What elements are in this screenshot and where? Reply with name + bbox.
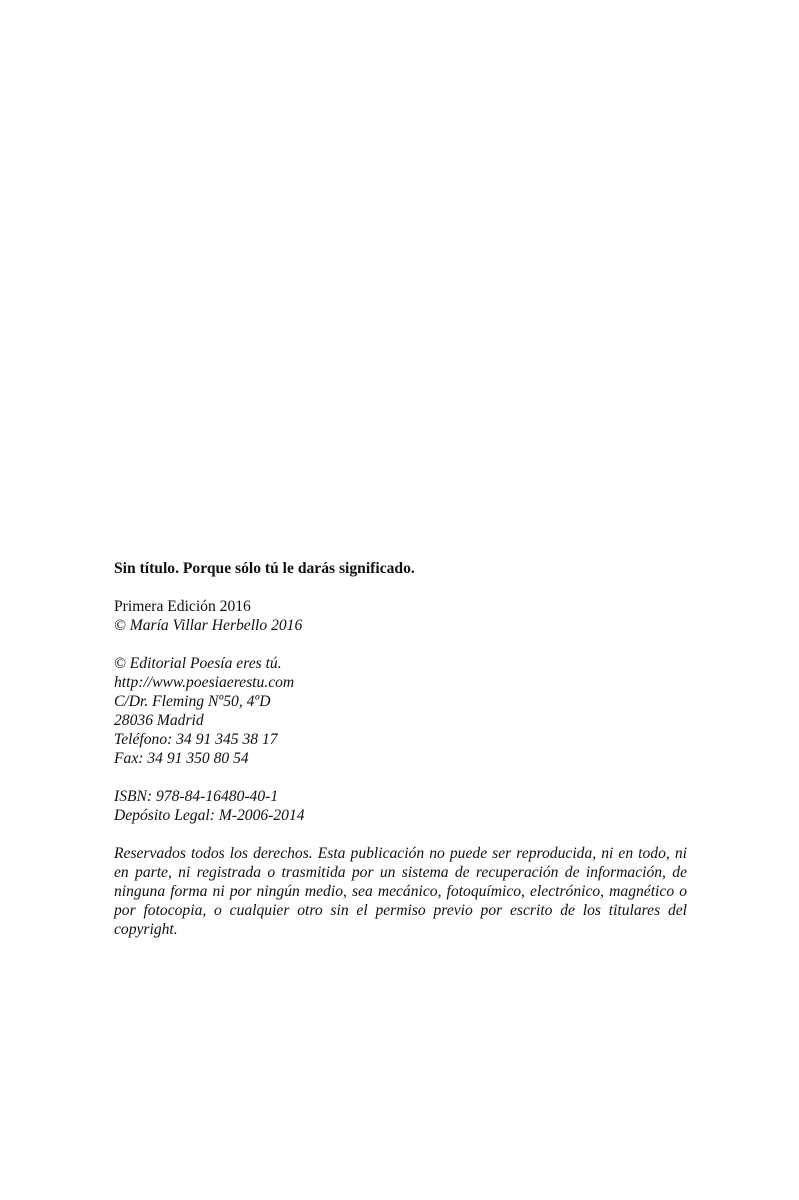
rights-notice: Reservados todos los derechos. Esta publ… bbox=[114, 844, 687, 939]
publisher-block: © Editorial Poesía eres tú. http://www.p… bbox=[114, 654, 687, 768]
publisher-copyright: © Editorial Poesía eres tú. bbox=[114, 654, 687, 673]
publisher-address: C/Dr. Fleming Nº50, 4ºD bbox=[114, 692, 687, 711]
legal-deposit: Depósito Legal: M-2006-2014 bbox=[114, 806, 687, 825]
first-edition: Primera Edición 2016 bbox=[114, 597, 687, 616]
publisher-website: http://www.poesiaerestu.com bbox=[114, 673, 687, 692]
copyright-page: Sin título. Porque sólo tú le darás sign… bbox=[114, 559, 687, 939]
publisher-phone: Teléfono: 34 91 345 38 17 bbox=[114, 730, 687, 749]
publisher-fax: Fax: 34 91 350 80 54 bbox=[114, 749, 687, 768]
publisher-city: 28036 Madrid bbox=[114, 711, 687, 730]
identifiers-block: ISBN: 978-84-16480-40-1 Depósito Legal: … bbox=[114, 787, 687, 825]
book-title: Sin título. Porque sólo tú le darás sign… bbox=[114, 559, 687, 578]
author-copyright: © María Villar Herbello 2016 bbox=[114, 616, 687, 635]
isbn: ISBN: 978-84-16480-40-1 bbox=[114, 787, 687, 806]
edition-block: Primera Edición 2016 © María Villar Herb… bbox=[114, 597, 687, 635]
